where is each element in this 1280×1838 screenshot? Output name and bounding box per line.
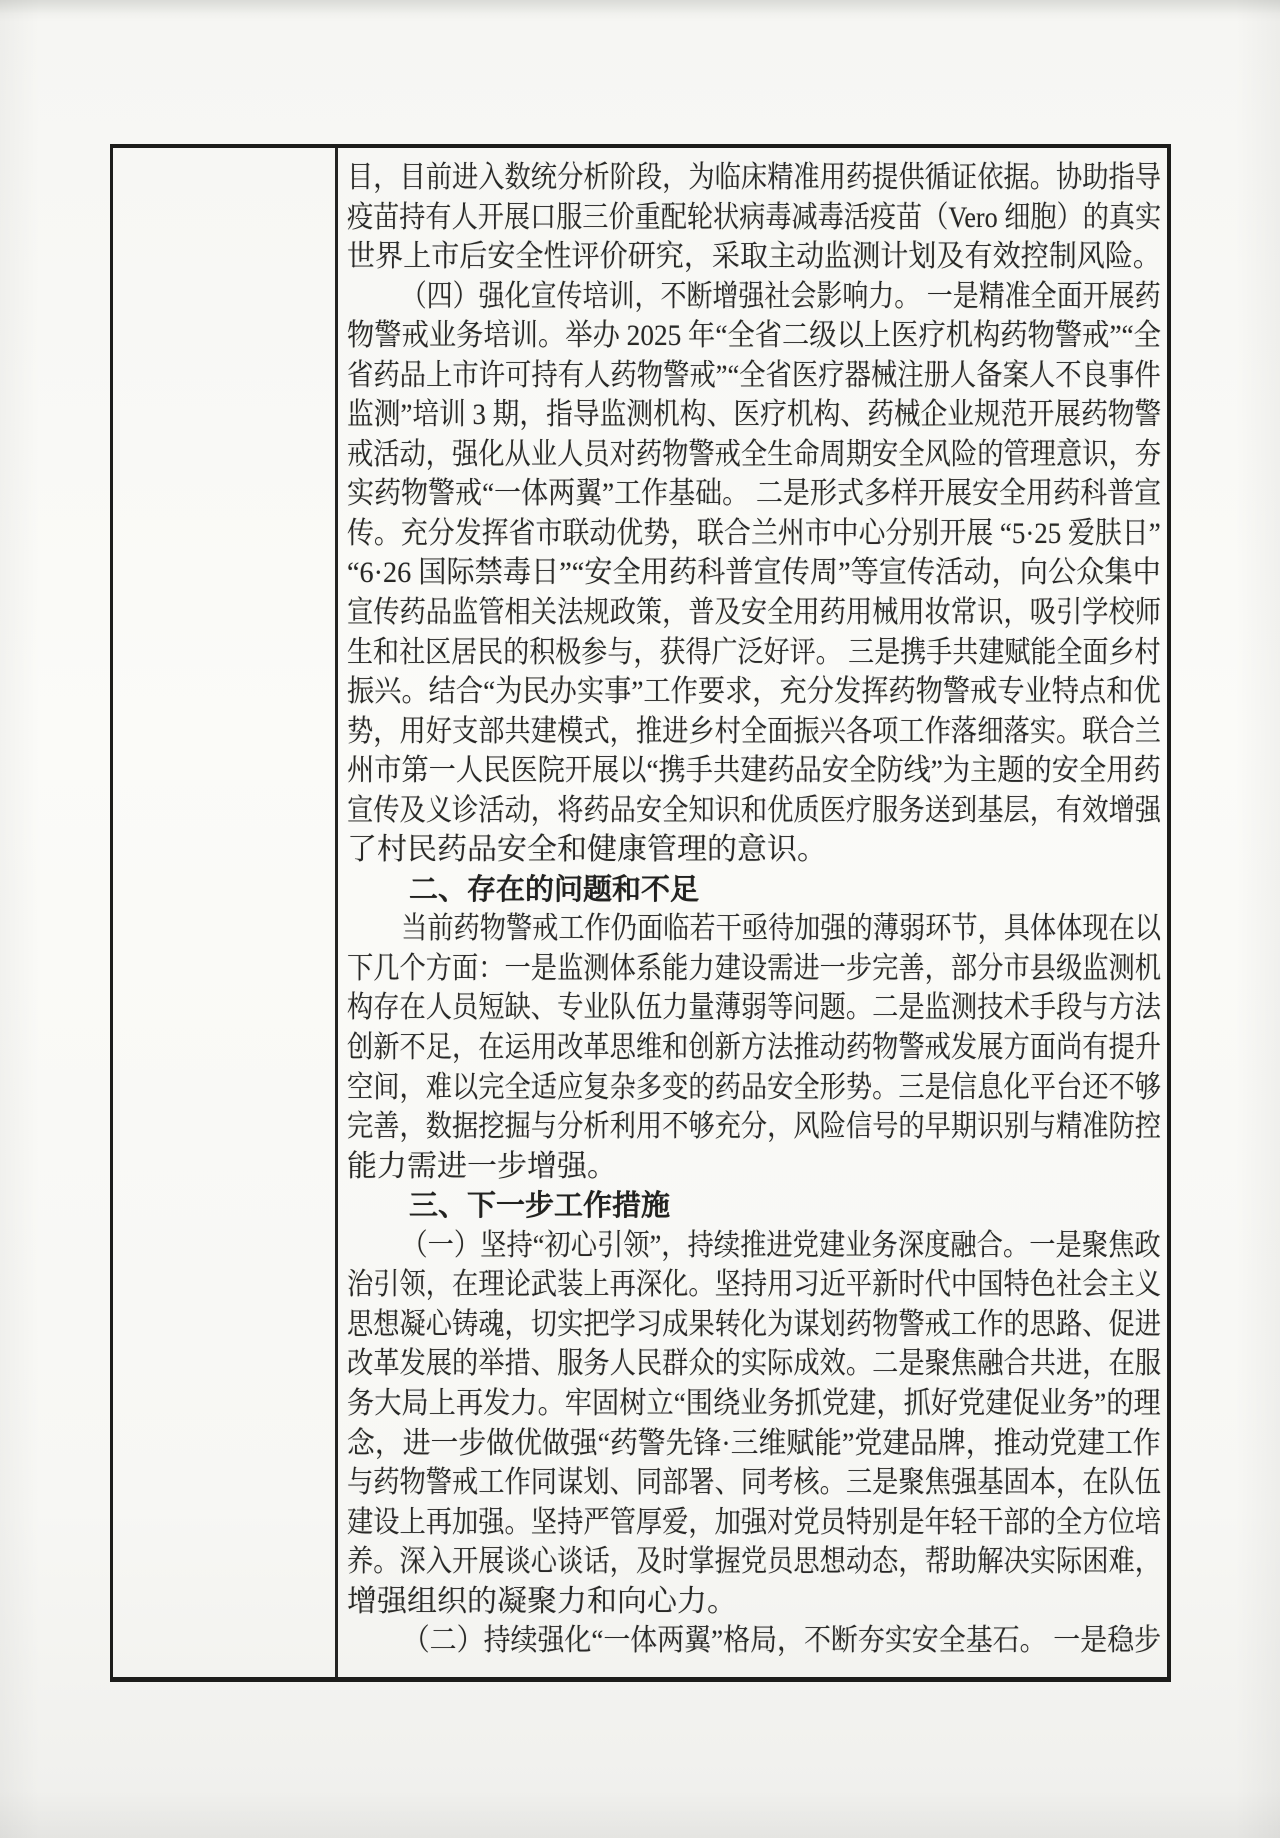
text-line: 了村民药品安全和健康管理的意识。: [347, 830, 1161, 870]
text-line: （一）坚持“初心引领”，持续推进党建业务深度融合。一是聚焦政: [347, 1226, 1060, 1266]
text-line: 当前药物警戒工作仍面临若干亟待加强的薄弱环节，具体体现在以: [347, 909, 1058, 949]
text-line: 构存在人员短缺、专业队伍力量薄弱等问题。二是监测技术手段与方法: [347, 988, 1059, 1028]
text-line: 州市第一人民医院开展以“携手共建药品安全防线”为主题的安全用药: [347, 751, 1086, 791]
report-table: 目，目前进入数统分析阶段，为临床精准用药提供循证依据。协助指导疫苗持有人开展口服…: [110, 144, 1171, 1682]
text-line: 念，进一步做优做强“药警先锋·三维赋能”党建品牌，推动党建工作: [347, 1424, 1103, 1464]
text-line: 空间，难以完全适应复杂多变的药品安全形势。三是信息化平台还不够: [347, 1068, 1059, 1108]
section-heading: 二、存在的问题和不足: [347, 870, 1161, 910]
text-line: 与药物警戒工作同谋划、同部署、同考核。三是聚焦强基固本，在队伍: [347, 1463, 1059, 1503]
text-line: 思想凝心铸魂，切实把学习成果转化为谋划药物警戒工作的思路、促进: [347, 1305, 1059, 1345]
text-line: （二）持续强化“一体两翼”格局，不断夯实安全基石。 一是稳步: [347, 1621, 1078, 1661]
text-line: 振兴。结合“为民办实事”工作要求，充分发挥药物警戒专业特点和优: [347, 672, 1086, 712]
text-line: 改革发展的举措、服务人民群众的实际成效。二是聚焦融合共进，在服: [347, 1344, 1059, 1384]
text-line: 养。深入开展谈心谈话，及时掌握党员思想动态，帮助解决实际困难，: [347, 1542, 1059, 1582]
text-line: 务大局上再发力。牢固树立“围绕业务抓党建，抓好党建促业务”的理: [347, 1384, 1086, 1424]
text-line: 世界上市后安全性评价研究，采取主动监测计划及有效控制风险。: [347, 237, 1109, 277]
text-line: “6·26 国际禁毒日”“安全用药科普宣传周”等宣传活动，向公众集中: [347, 553, 1112, 593]
text-line: 生和社区居民的积极参与，获得广泛好评。 三是携手共建赋能全面乡村: [347, 633, 1053, 673]
text-line: 治引领，在理论武装上再深化。坚持用习近平新时代中国特色社会主义: [347, 1265, 1059, 1305]
text-line: 宣传药品监管相关法规政策，普及安全用药用械用妆常识，吸引学校师: [347, 593, 1059, 633]
text-line: 能力需进一步增强。: [347, 1147, 1161, 1187]
text-line: 目，目前进入数统分析阶段，为临床精准用药提供循证依据。协助指导: [347, 158, 1059, 198]
label-cell-empty: [113, 148, 338, 1677]
text-line: 监测”培训 3 期，指导监测机构、医疗机构、药械企业规范开展药物警: [347, 395, 1073, 435]
text-line: 宣传及义诊活动，将药品安全知识和优质医疗服务送到基层，有效增强: [347, 791, 1059, 831]
section-heading: 三、下一步工作措施: [347, 1186, 1161, 1226]
text-line: 实药物警戒“一体两翼”工作基础。 二是形式多样开展安全用药科普宣: [347, 474, 1080, 514]
text-line: 传。充分发挥省市联动优势，联合兰州市中心分别开展 “5·25 爱肤日”: [347, 514, 1078, 554]
text-line: 省药品上市许可持有人药物警戒”“全省医疗器械注册人备案人不良事件: [347, 356, 1062, 396]
text-line: （四）强化宣传培训，不断增强社会影响力。 一是精准全面开展药: [347, 277, 1052, 317]
text-line: 建设上再加强。坚持严管厚爱，加强对党员特别是年轻干部的全方位培: [347, 1503, 1059, 1543]
text-line: 增强组织的凝聚力和向心力。: [347, 1582, 1161, 1622]
text-line: 创新不足，在运用改革思维和创新方法推动药物警戒发展方面尚有提升: [347, 1028, 1059, 1068]
text-line: 物警戒业务培训。举办 2025 年“全省二级以上医疗机构药物警戒”“全: [347, 316, 1087, 356]
text-line: 下几个方面：一是监测体系能力建设需进一步完善，部分市县级监测机: [347, 949, 1059, 989]
text-line: 完善，数据挖掘与分析利用不够充分，风险信号的早期识别与精准防控: [347, 1107, 1059, 1147]
content-cell: 目，目前进入数统分析阶段，为临床精准用药提供循证依据。协助指导疫苗持有人开展口服…: [338, 148, 1167, 1677]
text-line: 戒活动，强化从业人员对药物警戒全生命周期安全风险的管理意识，夯: [347, 435, 1059, 475]
text-line: 势，用好支部共建模式，推进乡村全面振兴各项工作落细落实。联合兰: [347, 712, 1059, 752]
text-line: 疫苗持有人开展口服三价重配轮状病毒减毒活疫苗（Vero 细胞）的真实: [347, 198, 1056, 238]
